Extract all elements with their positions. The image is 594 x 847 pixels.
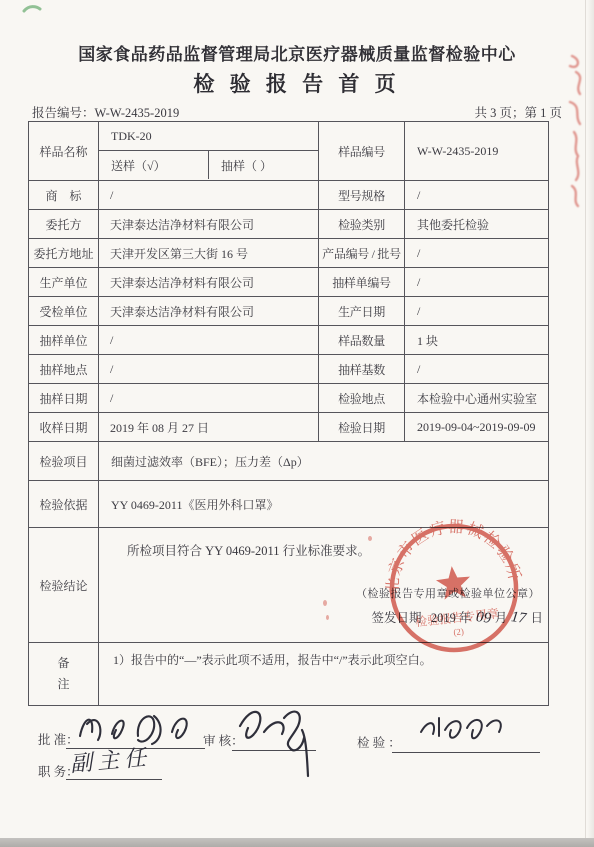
field-value: / xyxy=(404,297,548,325)
field-value: 天津泰达洁净材料有限公司 xyxy=(98,268,318,296)
field-label: 委托方地址 xyxy=(29,239,98,267)
issue-date-day-handwritten: 17 xyxy=(510,609,527,628)
delivery-option: 送样（√） xyxy=(99,151,209,179)
sample-name-label: 样品名称 xyxy=(29,122,98,180)
field-value: 天津开发区第三大街 16 号 xyxy=(98,239,318,267)
seal-note: （检验报告专用章或检验单位公章） xyxy=(356,585,540,601)
remark-label-char-2: 注 xyxy=(57,674,69,695)
sample-mode-row: 送样（√） 抽样（ ） xyxy=(99,151,318,179)
report-number-value: W-W-2435-2019 xyxy=(95,106,180,120)
ink-speck xyxy=(368,536,372,541)
conclusion-text: 所检项目符合 YY 0469-2011 行业标准要求。 xyxy=(127,541,370,559)
table-row: 收样日期 2019 年 08 月 27 日 检验日期 2019-09-04~20… xyxy=(29,412,548,441)
field-label: 抽样地点 xyxy=(29,355,98,383)
field-value: 天津泰达洁净材料有限公司 xyxy=(98,210,318,238)
sample-no-value: W-W-2435-2019 xyxy=(404,122,548,180)
table-row: 委托方 天津泰达洁净材料有限公司 检验类别 其他委托检验 xyxy=(29,209,548,238)
table-row: 备 注 1）报告中的“—”表示此项不适用，报告中“/”表示此项空白。 xyxy=(29,642,548,705)
inspection-items-label: 检验项目 xyxy=(29,442,98,480)
field-value: / xyxy=(404,181,548,209)
field-label: 委托方 xyxy=(29,210,98,238)
inspection-items-value: 细菌过滤效率（BFE）；压力差（Δp） xyxy=(98,442,548,480)
table-row: 样品名称 TDK-20 送样（√） 抽样（ ） 样品编号 W-W-2435-20… xyxy=(29,122,548,180)
ink-speck xyxy=(323,600,327,606)
issue-date-year: 2019 年 xyxy=(431,611,472,625)
duty-handwritten-value: 副主任 xyxy=(69,741,152,779)
field-value: 1 块 xyxy=(404,326,548,354)
field-label: 抽样基数 xyxy=(318,355,404,383)
remark-label: 备 注 xyxy=(29,643,98,705)
table-row: 检验依据 YY 0469-2011《医用外科口罩》 xyxy=(29,480,548,527)
field-label: 生产日期 xyxy=(318,297,404,325)
review-signature xyxy=(232,698,322,783)
remark-text: 1）报告中的“—”表示此项不适用，报告中“/”表示此项空白。 xyxy=(98,643,548,705)
inspect-label: 检 验 ： xyxy=(357,733,401,751)
field-label: 型号规格 xyxy=(318,181,404,209)
report-number: 报告编号：W-W-2435-2019 xyxy=(32,103,179,121)
table-row: 抽样单位 / 样品数量 1 块 xyxy=(29,325,548,354)
table-row: 抽样日期 / 检验地点 本检验中心通州实验室 xyxy=(29,383,548,412)
table-row: 检验结论 所检项目符合 YY 0469-2011 行业标准要求。 （检验报告专用… xyxy=(29,527,548,642)
corner-green-mark xyxy=(22,3,42,15)
table-row: 抽样地点 / 抽样基数 / xyxy=(29,354,548,383)
sampling-option: 抽样（ ） xyxy=(209,151,318,179)
table-row: 商 标 / 型号规格 / xyxy=(29,180,548,209)
scan-edge-line xyxy=(585,0,586,838)
report-table: 样品名称 TDK-20 送样（√） 抽样（ ） 样品编号 W-W-2435-20… xyxy=(28,121,549,706)
field-label: 收样日期 xyxy=(29,413,98,441)
issue-date-line: 签发日期 2019 年 09 月 17 日 xyxy=(371,608,543,627)
field-label: 检验类别 xyxy=(318,210,404,238)
field-label: 样品数量 xyxy=(318,326,404,354)
issue-date-day-suffix: 日 xyxy=(530,611,543,625)
issue-date-month-handwritten: 09 xyxy=(475,609,492,628)
inspection-basis-value: YY 0469-2011《医用外科口罩》 xyxy=(98,481,548,527)
table-row: 检验项目 细菌过滤效率（BFE）；压力差（Δp） xyxy=(29,441,548,480)
ink-speck xyxy=(326,615,329,620)
report-page: 国家食品药品监督管理局北京医疗器械质量监督检验中心 检 验 报 告 首 页 报告… xyxy=(0,0,594,847)
page-count: 共 3 页；第 1 页 xyxy=(474,103,562,121)
page-title: 检 验 报 告 首 页 xyxy=(0,68,594,98)
table-row: 委托方地址 天津开发区第三大街 16 号 产品编号 / 批号 / xyxy=(29,238,548,267)
organization-name: 国家食品药品监督管理局北京医疗器械质量监督检验中心 xyxy=(0,40,594,65)
duty-line xyxy=(66,779,162,780)
inspection-basis-label: 检验依据 xyxy=(29,481,98,527)
field-value: / xyxy=(98,384,318,412)
field-label: 受检单位 xyxy=(29,297,98,325)
issue-date-month-suffix: 月 xyxy=(495,611,508,625)
field-label: 检验日期 xyxy=(318,413,404,441)
field-label: 商 标 xyxy=(29,181,98,209)
field-label: 抽样日期 xyxy=(29,384,98,412)
field-label: 抽样单编号 xyxy=(318,268,404,296)
field-label: 产品编号 / 批号 xyxy=(318,239,404,267)
field-value: / xyxy=(404,355,548,383)
field-value: 2019 年 08 月 27 日 xyxy=(98,413,318,441)
field-label: 抽样单位 xyxy=(29,326,98,354)
review-label: 审 核： xyxy=(203,731,244,749)
conclusion-cell: 所检项目符合 YY 0469-2011 行业标准要求。 （检验报告专用章或检验单… xyxy=(98,528,548,642)
field-value: / xyxy=(404,239,548,267)
page-edge-bottom xyxy=(0,838,594,847)
approve-label: 批 准： xyxy=(38,730,79,748)
page-edge-right xyxy=(587,0,594,838)
field-value: 其他委托检验 xyxy=(404,210,548,238)
field-label: 生产单位 xyxy=(29,268,98,296)
conclusion-label: 检验结论 xyxy=(29,528,98,642)
sample-name-cell: TDK-20 送样（√） 抽样（ ） xyxy=(98,122,318,180)
field-label: 检验地点 xyxy=(318,384,404,412)
report-meta-row: 报告编号：W-W-2435-2019 共 3 页；第 1 页 xyxy=(32,103,562,121)
table-row: 受检单位 天津泰达洁净材料有限公司 生产日期 / xyxy=(29,296,548,325)
inspect-signature xyxy=(415,710,510,744)
remark-label-char-1: 备 xyxy=(57,653,69,674)
field-value: / xyxy=(98,181,318,209)
field-value: 天津泰达洁净材料有限公司 xyxy=(98,297,318,325)
table-row: 生产单位 天津泰达洁净材料有限公司 抽样单编号 / xyxy=(29,267,548,296)
field-value: / xyxy=(98,326,318,354)
sample-no-label: 样品编号 xyxy=(318,122,404,180)
report-number-label: 报告编号： xyxy=(32,106,95,120)
field-value: / xyxy=(404,268,548,296)
field-value: 2019-09-04~2019-09-09 xyxy=(404,413,548,441)
review-line xyxy=(232,750,316,751)
inspect-line xyxy=(392,752,540,753)
field-value: / xyxy=(98,355,318,383)
field-value: 本检验中心通州实验室 xyxy=(404,384,548,412)
sample-name-value: TDK-20 xyxy=(99,122,318,151)
issue-date-label: 签发日期 xyxy=(371,611,421,625)
